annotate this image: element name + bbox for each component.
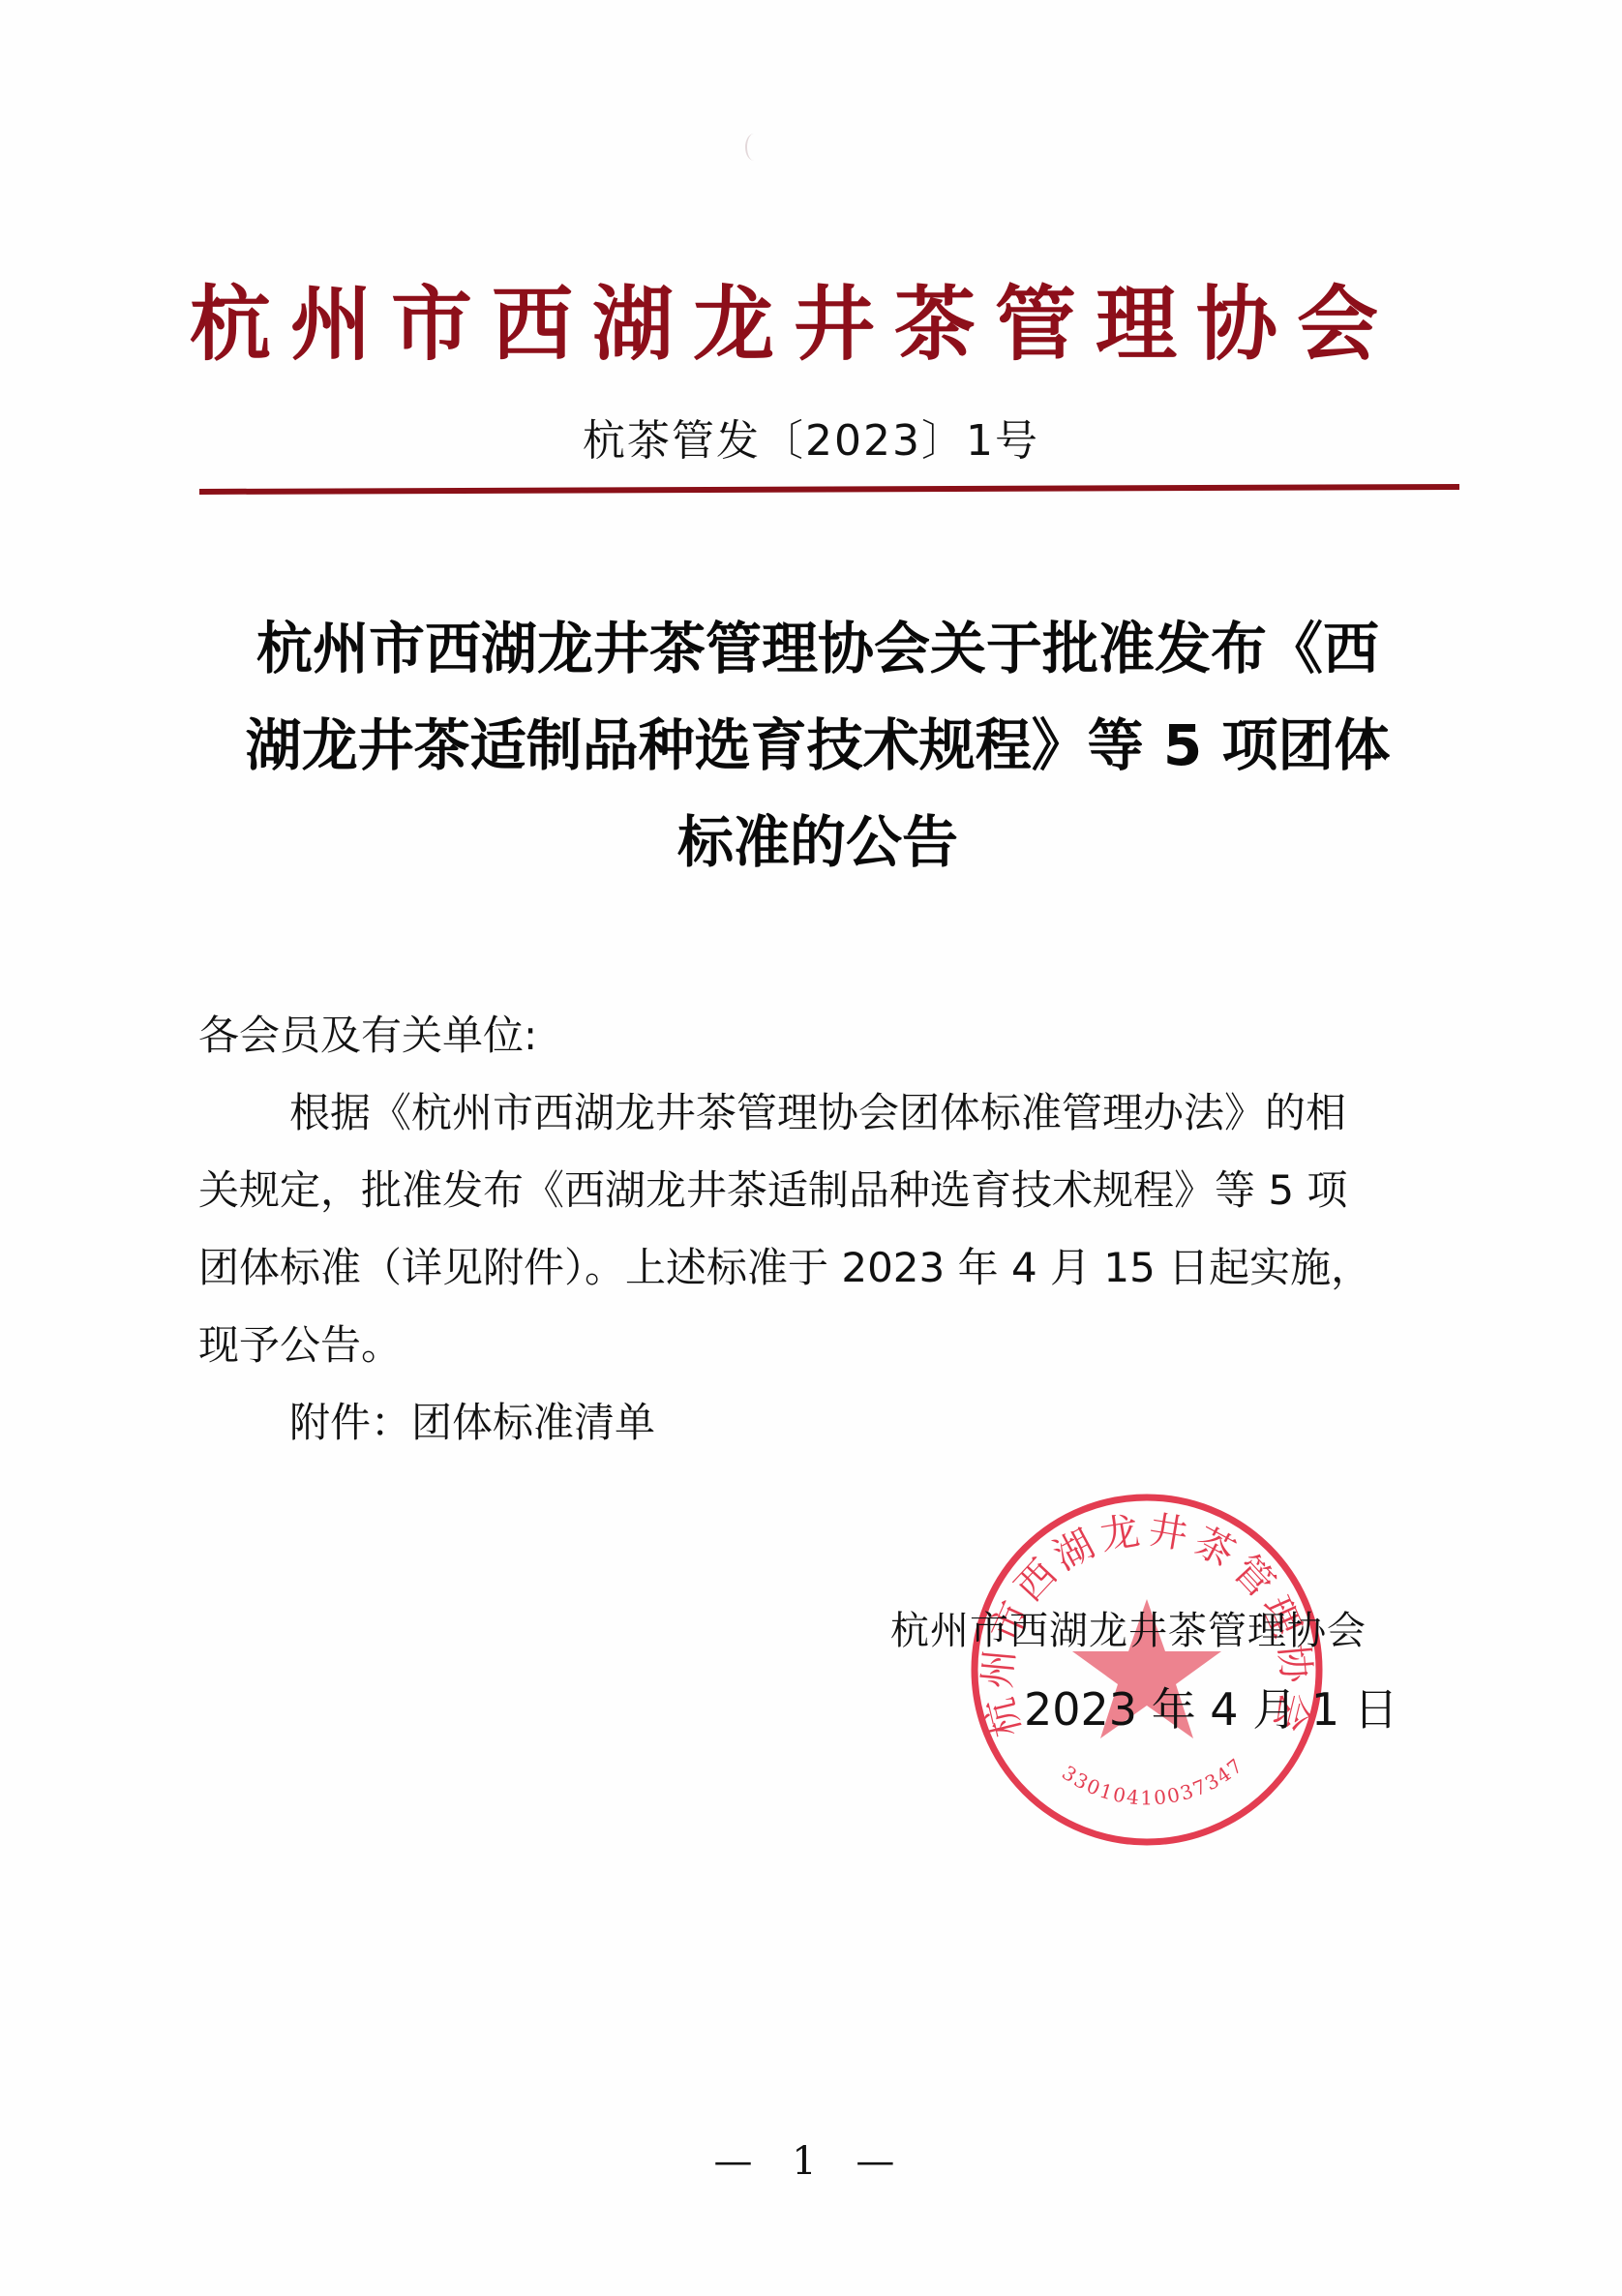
red-divider-rule <box>199 484 1459 495</box>
body-line-3: 团体标准（详见附件）。上述标准于 2023 年 4 月 15 日起实施， <box>198 1229 1457 1307</box>
svg-text:33010410037347: 33010410037347 <box>1058 1753 1248 1810</box>
scan-artifact-mark <box>745 134 763 161</box>
body-line-2: 关规定，批准发布《西湖龙井茶适制品种选育技术规程》等 5 项 <box>198 1152 1457 1229</box>
official-seal: 杭州市西湖龙井茶管理协会 33010410037347 <box>968 1491 1326 1849</box>
title-line-3: 标准的公告 <box>194 794 1442 891</box>
title-line-1: 杭州市西湖龙井茶管理协会关于批准发布《西 <box>194 600 1442 697</box>
page-number: — 1 — <box>0 2137 1622 2186</box>
body-line-1: 根据《杭州市西湖龙井茶管理协会团体标准管理办法》的相 <box>198 1074 1457 1152</box>
body-line-4: 现予公告。 <box>198 1307 1457 1384</box>
seal-registration-number: 33010410037347 <box>1058 1753 1248 1810</box>
document-body: 各会员及有关单位: 根据《杭州市西湖龙井茶管理协会团体标准管理办法》的相 关规定… <box>198 997 1457 1462</box>
title-line-2: 湖龙井茶适制品种选育技术规程》等 5 项团体 <box>194 697 1442 794</box>
issuer-masthead: 杭州市西湖龙井茶管理协会 <box>190 276 1448 373</box>
seal-icon: 杭州市西湖龙井茶管理协会 33010410037347 <box>968 1491 1326 1849</box>
document-title: 杭州市西湖龙井茶管理协会关于批准发布《西 湖龙井茶适制品种选育技术规程》等 5 … <box>194 600 1442 891</box>
signature-date: 2023 年 4 月 1 日 <box>1024 1682 1398 1737</box>
document-number: 杭茶管发〔2023〕1号 <box>0 414 1622 468</box>
attachment-note: 附件：团体标准清单 <box>198 1384 1457 1462</box>
document-page: 杭州市西湖龙井茶管理协会 杭茶管发〔2023〕1号 杭州市西湖龙井茶管理协会关于… <box>0 0 1622 2296</box>
salutation: 各会员及有关单位: <box>198 997 1457 1074</box>
signature-organization: 杭州市西湖龙井茶管理协会 <box>890 1607 1367 1655</box>
